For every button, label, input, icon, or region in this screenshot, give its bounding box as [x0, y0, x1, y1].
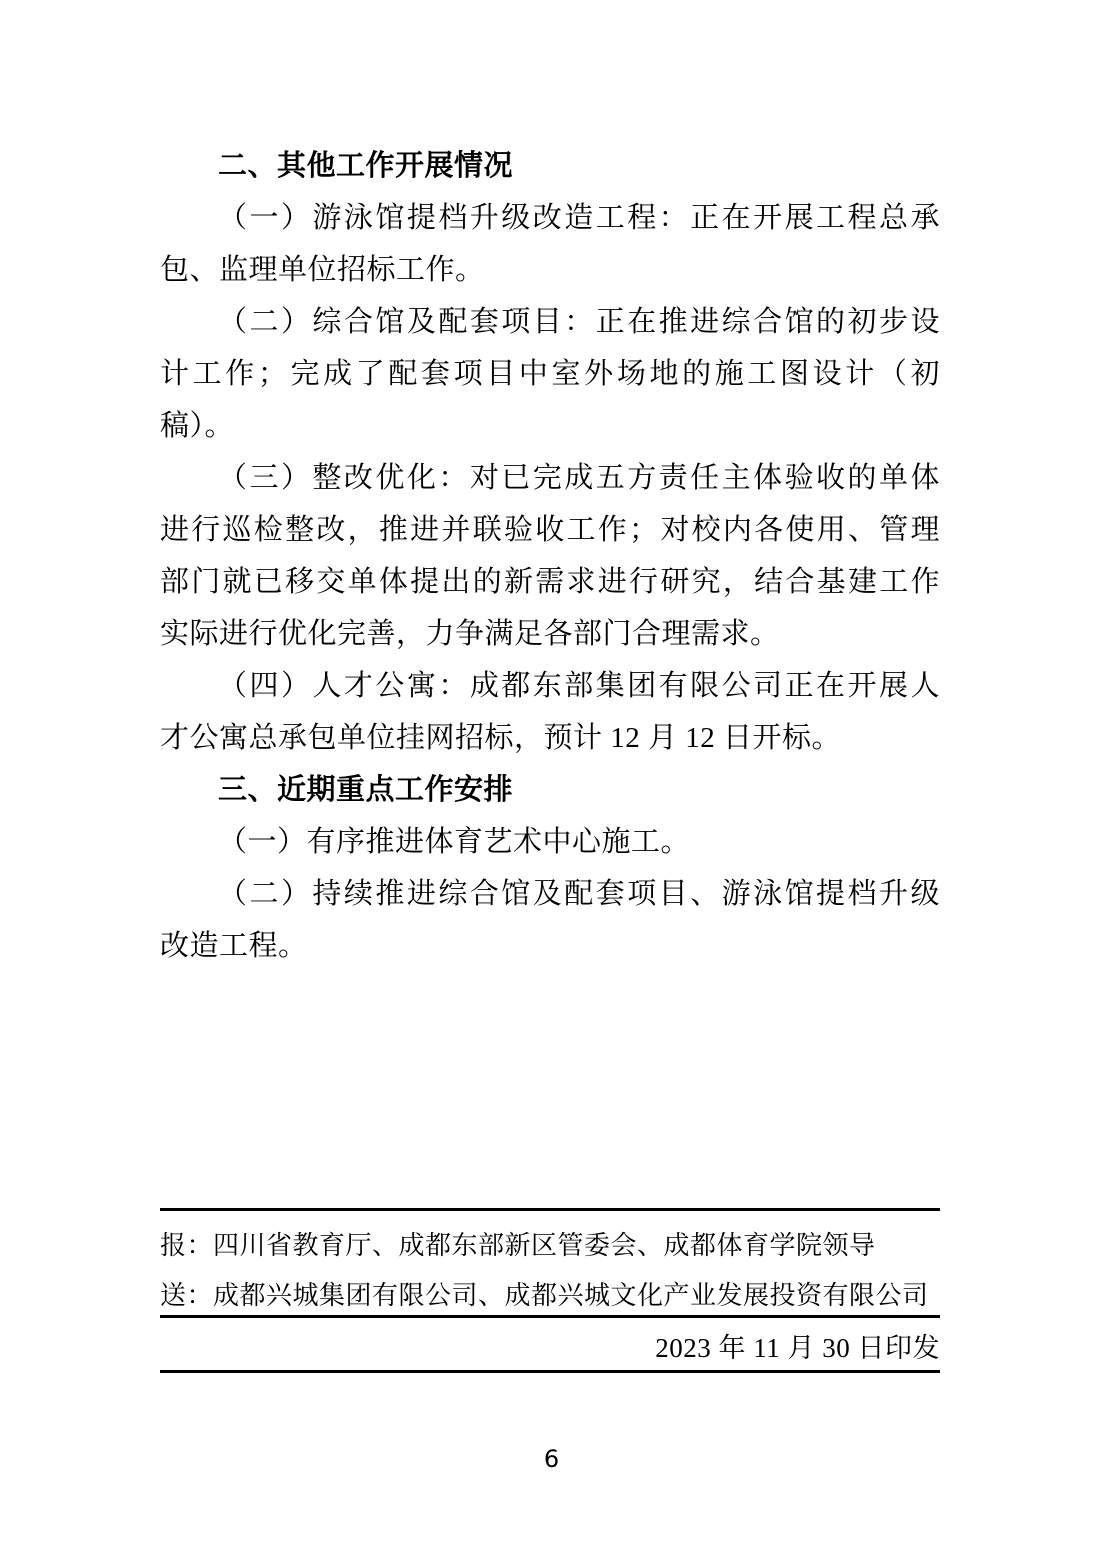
section-heading-2: 二、其他工作开展情况 — [160, 140, 940, 192]
footer-report-line: 报：四川省教育厅、成都东部新区管委会、成都体育学院领导 — [160, 1226, 940, 1266]
footer-print-date: 2023 年 11 月 30 日印发 — [160, 1328, 940, 1368]
footer-divider-top — [160, 1208, 940, 1211]
paragraph-line: 改造工程。 — [160, 920, 940, 972]
paragraph-line: （二）持续推进综合馆及配套项目、游泳馆提档升级 — [160, 868, 940, 920]
footer-divider-middle — [160, 1315, 940, 1318]
paragraph-line: （四）人才公寓：成都东部集团有限公司正在开展人 — [160, 660, 940, 712]
section-heading-3: 三、近期重点工作安排 — [160, 764, 940, 816]
footer-send-line: 送：成都兴城集团有限公司、成都兴城文化产业发展投资有限公司 — [160, 1276, 940, 1316]
paragraph-line: 计工作；完成了配套项目中室外场地的施工图设计（初 — [160, 348, 940, 400]
paragraph-line: 包、监理单位招标工作。 — [160, 244, 940, 296]
paragraph-line: （一）游泳馆提档升级改造工程：正在开展工程总承 — [160, 192, 940, 244]
document-body: 二、其他工作开展情况 （一）游泳馆提档升级改造工程：正在开展工程总承 包、监理单… — [160, 140, 940, 972]
paragraph-line: 进行巡检整改，推进并联验收工作；对校内各使用、管理 — [160, 504, 940, 556]
paragraph-line: 才公寓总承包单位挂网招标，预计 12 月 12 日开标。 — [160, 712, 940, 764]
paragraph-line: （三）整改优化：对已完成五方责任主体验收的单体 — [160, 452, 940, 504]
paragraph-line: （一）有序推进体育艺术中心施工。 — [160, 816, 940, 868]
document-page: 二、其他工作开展情况 （一）游泳馆提档升级改造工程：正在开展工程总承 包、监理单… — [0, 0, 1103, 1560]
footer-divider-bottom — [160, 1370, 940, 1373]
paragraph-line: 部门就已移交单体提出的新需求进行研究，结合基建工作 — [160, 556, 940, 608]
page-number: 6 — [0, 1444, 1103, 1474]
paragraph-line: （二）综合馆及配套项目：正在推进综合馆的初步设 — [160, 296, 940, 348]
paragraph-line: 实际进行优化完善，力争满足各部门合理需求。 — [160, 608, 940, 660]
paragraph-line: 稿）。 — [160, 400, 940, 452]
